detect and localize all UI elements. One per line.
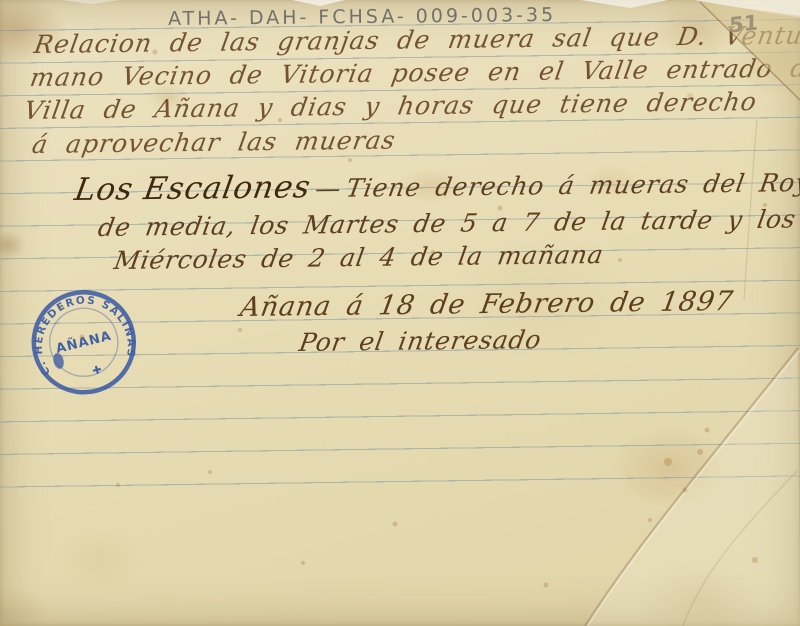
handwritten-line-4: á aprovechar las mueras [30,126,398,159]
top-edge-tear [60,0,120,4]
top-edge-tear [580,0,668,8]
heading-separator: — [313,174,344,203]
date-line: Añana á 18 de Febrero de 1897 [238,286,736,323]
handwritten-line-7: Miércoles de 2 al 4 de la mañana [112,240,606,275]
heirs-salinas-stamp: C. HEREDEROS SALINAS AÑANA ✚ [13,270,157,417]
handwritten-line-2: mano Vecino de Vitoria posee en el Valle… [28,52,800,92]
stamp-ornament-icon: ✚ [91,363,103,378]
handwritten-line-3: Villa de Añana y dias y horas que tiene … [22,87,759,125]
stamp-center-text: AÑANA [54,328,113,357]
rights-text: Tiene derecho á mueras del Royo [344,168,800,203]
signature-line: Por el interesado [297,325,544,357]
secondary-crease [683,470,798,626]
place-name-heading: Los Escalones [72,169,314,208]
handwritten-line-1: Relacion de las granjas de muera sal que… [32,20,800,59]
handwritten-line-6: de media, los Martes de 5 a 7 de la tard… [96,204,798,242]
crease-highlight [588,350,800,626]
fold-region [585,348,800,626]
handwritten-line-5: Los Escalones — Tiene derecho á mueras d… [72,163,800,208]
main-crease [585,348,798,626]
scanned-document-page: ATHA- DAH- FCHSA- 009-003-35 51 Relacion… [0,0,800,626]
top-edge-tear [292,0,345,6]
